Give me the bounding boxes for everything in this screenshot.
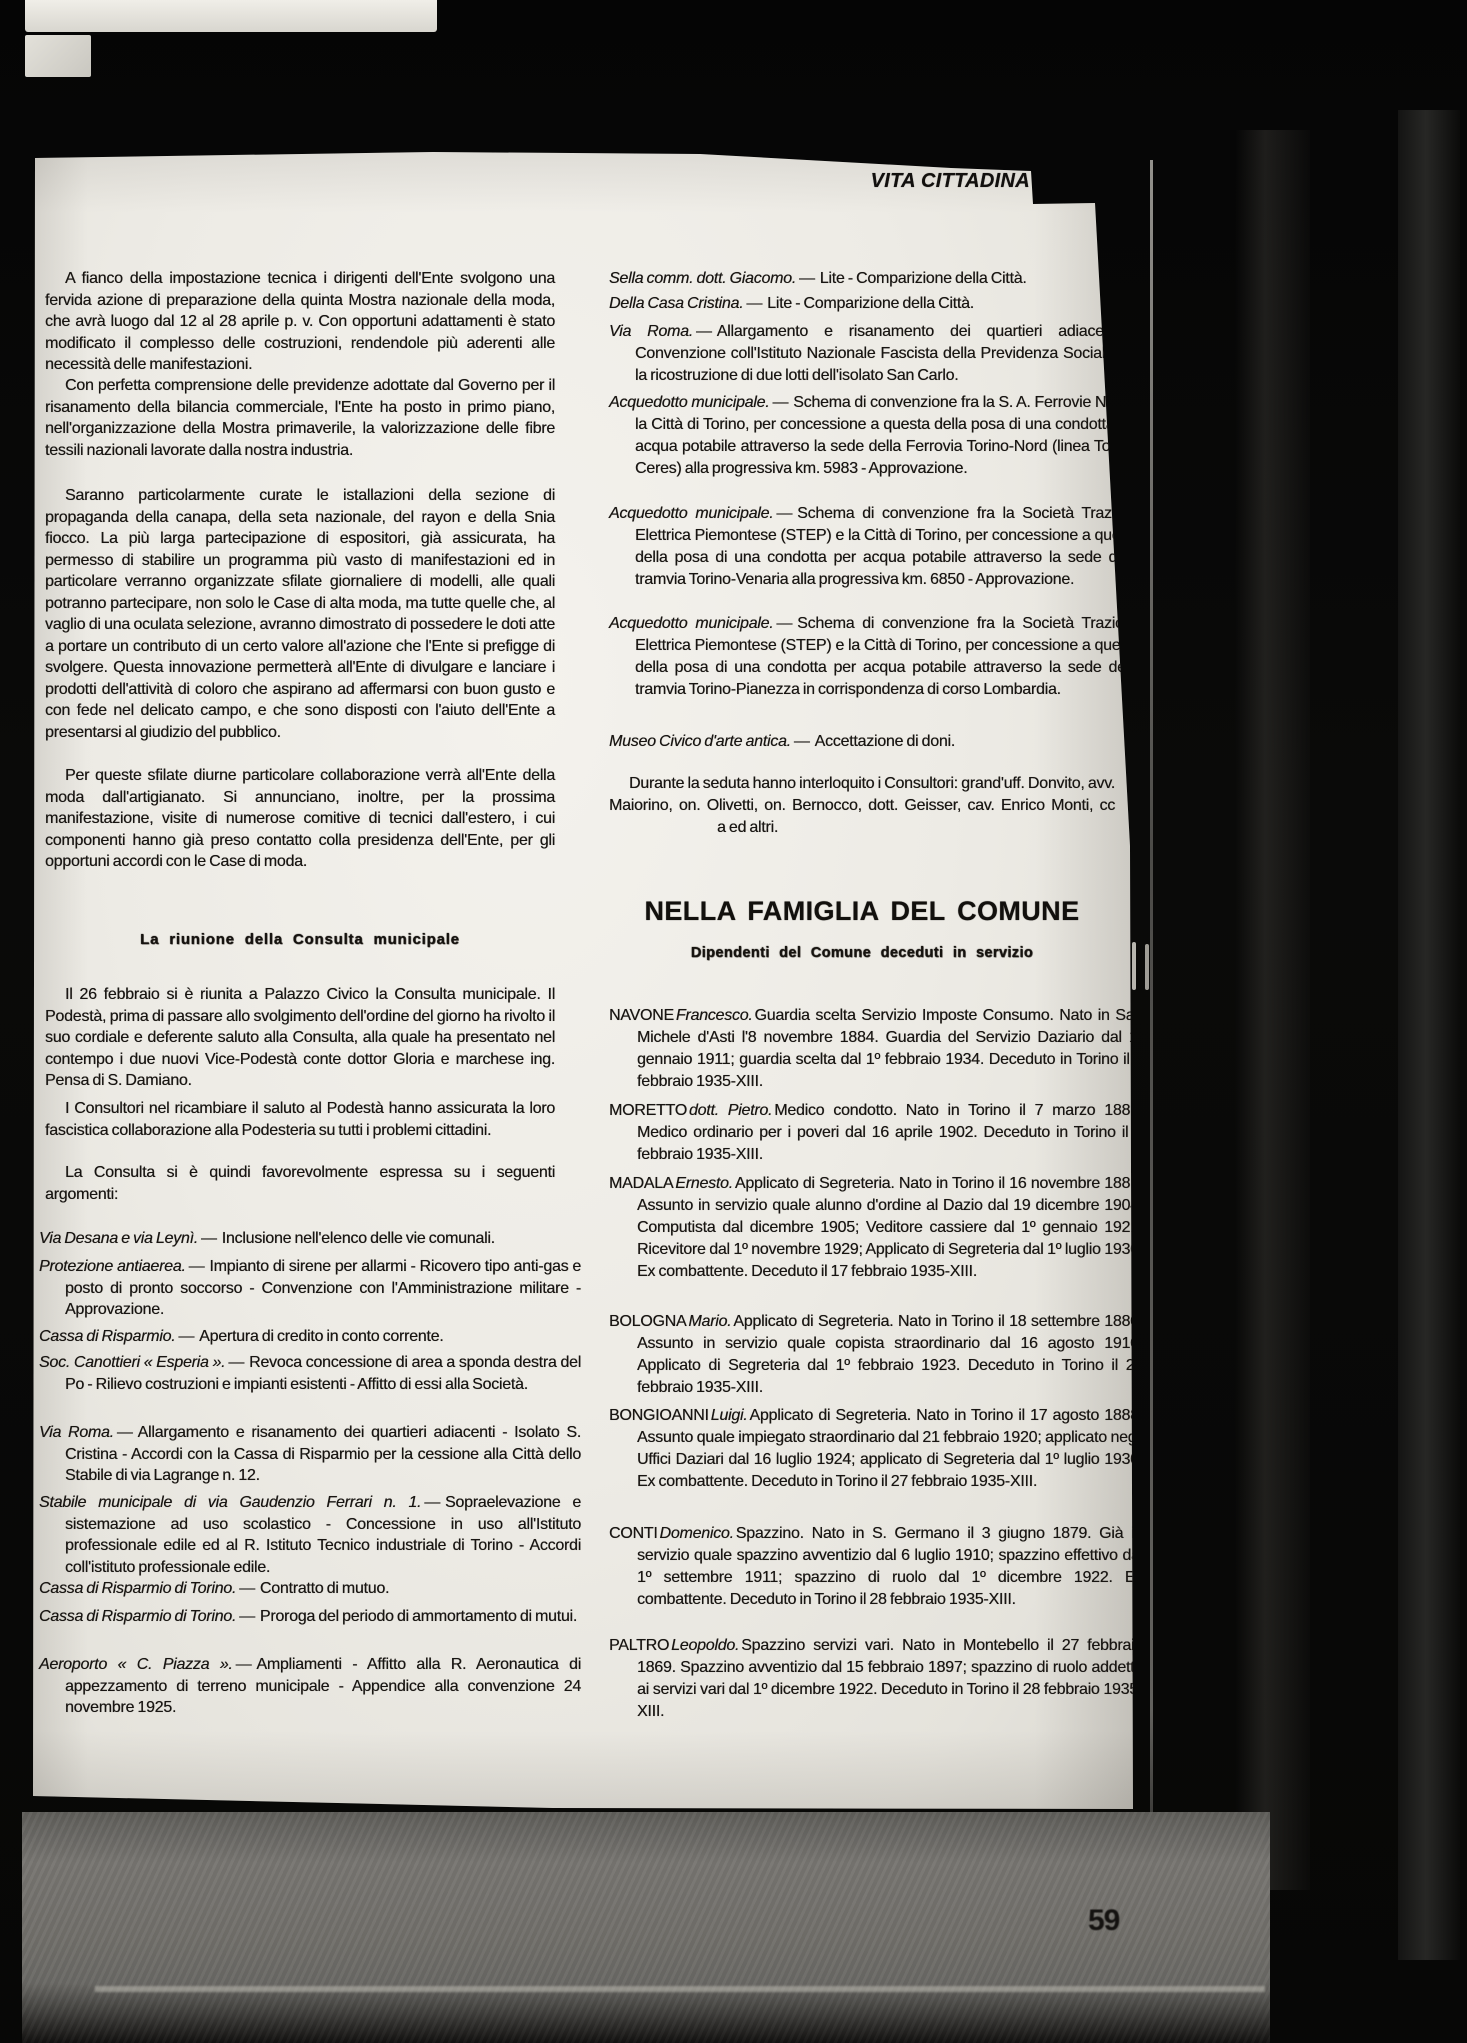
- masthead-title: VITA CITTADINA: [793, 170, 1030, 193]
- obituary-given-name: Luigi.: [711, 1407, 748, 1424]
- em-dash: —: [794, 733, 810, 750]
- deliberation-item-body: Lite - Comparizione della Città.: [767, 295, 974, 312]
- agenda-item: Via Desana e via Leynì.—Inclusione nell'…: [39, 1228, 581, 1250]
- em-dash: —: [746, 295, 762, 312]
- deliberation-item-lead: Sella comm. dott. Giacomo.: [609, 270, 796, 287]
- agenda-item-body: Inclusione nell'elenco delle vie comunal…: [222, 1230, 495, 1247]
- obituary-surname: MORETTO: [609, 1102, 687, 1119]
- deliberation-item: Della Casa Cristina.—Lite - Comparizione…: [609, 293, 1141, 315]
- em-dash: —: [772, 394, 788, 411]
- closing-text-start: Durante la seduta hanno interloquito i C…: [609, 775, 1115, 814]
- obituary-entry: BOLOGNAMario.Applicato di Segreteria. Na…: [609, 1311, 1143, 1399]
- obituary-surname: MADALA: [609, 1175, 673, 1192]
- obituary-surname: BOLOGNA: [609, 1313, 686, 1330]
- obituary-given-name: Domenico.: [660, 1525, 734, 1542]
- deliberation-item: Acquedotto municipale.—Schema di convenz…: [609, 503, 1141, 591]
- film-edge-band: [1235, 130, 1310, 1890]
- body-paragraph: Il 26 febbraio si è riunita a Palazzo Ci…: [45, 984, 555, 1092]
- obituary-given-name: Leopoldo.: [671, 1637, 739, 1654]
- agenda-item: Via Roma.—Allargamento e risanamento dei…: [39, 1422, 581, 1487]
- agenda-item-lead: Via Desana e via Leynì.: [39, 1230, 198, 1247]
- scanned-page: VITA CITTADINA A fianco della impostazio…: [33, 146, 1133, 1814]
- deliberation-item: Via Roma.—Allargamento e risanamento dei…: [609, 321, 1141, 387]
- body-paragraph: Per queste sfilate diurne particolare co…: [45, 765, 555, 873]
- obituary-entry: CONTIDomenico.Spazzino. Nato in S. Germa…: [609, 1523, 1143, 1611]
- em-dash: —: [424, 1494, 440, 1511]
- obituary-surname: PALTRO: [609, 1637, 669, 1654]
- agenda-item: Aeroporto « C. Piazza ».—Ampliamenti - A…: [39, 1654, 581, 1719]
- closing-paragraph: Durante la seduta hanno interloquito i C…: [609, 773, 1115, 839]
- film-scratch-line: [1150, 160, 1153, 1882]
- em-dash: —: [239, 1608, 255, 1625]
- em-dash: —: [776, 615, 792, 632]
- obituary-surname: BONGIOANNI: [609, 1407, 709, 1424]
- deliberation-item: Sella comm. dott. Giacomo.—Lite - Compar…: [609, 268, 1141, 290]
- film-edge-stripe: [1398, 110, 1460, 1960]
- deliberation-item-body: Accettazione di doni.: [815, 733, 955, 750]
- deliberation-item-lead: Via Roma.: [609, 323, 693, 340]
- em-dash: —: [117, 1424, 133, 1441]
- deliberation-item-lead: Museo Civico d'arte antica.: [609, 733, 791, 750]
- body-paragraph: Saranno particolarmente curate le istall…: [45, 485, 555, 743]
- obituary-given-name: Ernesto.: [675, 1175, 733, 1192]
- em-dash: —: [696, 323, 712, 340]
- obituary-given-name: Francesco.: [676, 1007, 753, 1024]
- scanner-bed-band: [22, 1812, 1270, 2043]
- agenda-item-lead: Cassa di Risparmio.: [39, 1328, 175, 1345]
- deliberation-item: Acquedotto municipale.—Schema di convenz…: [609, 392, 1141, 480]
- obituary-given-name: Mario.: [688, 1313, 731, 1330]
- film-artifact-strip: [25, 0, 437, 32]
- em-dash: —: [201, 1230, 217, 1247]
- obituary-entry: BONGIOANNILuigi.Applicato di Segreteria.…: [609, 1405, 1143, 1493]
- deliberation-item-lead: Della Casa Cristina.: [609, 295, 743, 312]
- obituary-entry: PALTROLeopoldo.Spazzino servizi vari. Na…: [609, 1635, 1143, 1723]
- agenda-item-lead: Cassa di Risparmio di Torino.: [39, 1608, 236, 1625]
- agenda-item-body: Allargamento e risanamento dei quartieri…: [65, 1424, 581, 1484]
- obituary-entry: MADALAErnesto.Applicato di Segreteria. N…: [609, 1173, 1143, 1283]
- scanner-bed-highlight: [95, 1986, 1265, 1992]
- agenda-item: Protezione antiaerea.—Impianto di sirene…: [39, 1256, 581, 1321]
- obituary-given-name: dott. Pietro.: [689, 1102, 772, 1119]
- obituary-entry: NAVONEFrancesco.Guardia scelta Servizio …: [609, 1005, 1143, 1093]
- deliberation-item: Museo Civico d'arte antica.—Accettazione…: [609, 731, 1141, 753]
- agenda-item-lead: Cassa di Risparmio di Torino.: [39, 1580, 236, 1597]
- section-title-famiglia: NELLA FAMIGLIA DEL COMUNE: [609, 896, 1115, 927]
- agenda-item-lead: Soc. Canottieri « Esperia ».: [39, 1354, 225, 1371]
- body-paragraph: I Consultori nel ricambiare il saluto al…: [45, 1098, 555, 1141]
- em-dash: —: [228, 1354, 244, 1371]
- em-dash: —: [799, 270, 815, 287]
- body-paragraph: Con perfetta comprensione delle previden…: [45, 375, 555, 461]
- obituary-surname: NAVONE: [609, 1007, 674, 1024]
- deliberation-item-body: Lite - Comparizione della Città.: [820, 270, 1027, 287]
- film-artifact-block: [25, 35, 91, 77]
- em-dash: —: [236, 1656, 252, 1673]
- film-notch-mark: [1145, 944, 1149, 990]
- agenda-item: Cassa di Risparmio di Torino.—Proroga de…: [39, 1606, 581, 1628]
- em-dash: —: [178, 1328, 194, 1345]
- film-frame: VITA CITTADINA A fianco della impostazio…: [0, 0, 1467, 2043]
- agenda-item: Stabile municipale di via Gaudenzio Ferr…: [39, 1492, 581, 1578]
- deliberation-item-lead: Acquedotto municipale.: [609, 505, 773, 522]
- em-dash: —: [189, 1258, 205, 1275]
- agenda-item: Cassa di Risparmio.—Apertura di credito …: [39, 1326, 581, 1348]
- agenda-item-body: Apertura di credito in conto corrente.: [199, 1328, 443, 1345]
- agenda-item-lead: Protezione antiaerea.: [39, 1258, 186, 1275]
- deliberation-item: Acquedotto municipale.—Schema di convenz…: [609, 613, 1141, 701]
- agenda-item-body: Proroga del periodo di ammortamento di m…: [260, 1608, 577, 1625]
- film-notch-mark: [1132, 942, 1136, 990]
- closing-text-end: a ed altri.: [717, 819, 778, 836]
- agenda-item: Cassa di Risparmio di Torino.—Contratto …: [39, 1578, 581, 1600]
- obituary-entry: MORETTOdott. Pietro.Medico condotto. Nat…: [609, 1100, 1143, 1166]
- deliberation-item-lead: Acquedotto municipale.: [609, 615, 773, 632]
- agenda-item: Soc. Canottieri « Esperia ».—Revoca conc…: [39, 1352, 581, 1395]
- section-subtitle-deceduti: Dipendenti del Comune deceduti in serviz…: [609, 945, 1115, 961]
- body-paragraph: La Consulta si è quindi favorevolmente e…: [45, 1162, 555, 1205]
- agenda-item-lead: Via Roma.: [39, 1424, 114, 1441]
- em-dash: —: [239, 1580, 255, 1597]
- agenda-item-lead: Aeroporto « C. Piazza ».: [39, 1656, 233, 1673]
- agenda-item-lead: Stabile municipale di via Gaudenzio Ferr…: [39, 1494, 421, 1511]
- agenda-item-body: Contratto di mutuo.: [260, 1580, 389, 1597]
- section-heading-consulta: La riunione della Consulta municipale: [45, 931, 555, 948]
- body-paragraph: A fianco della impostazione tecnica i di…: [45, 268, 555, 376]
- deliberation-item-lead: Acquedotto municipale.: [609, 394, 769, 411]
- page-number: 59: [1088, 1904, 1119, 1938]
- em-dash: —: [776, 505, 792, 522]
- obituary-surname: CONTI: [609, 1525, 658, 1542]
